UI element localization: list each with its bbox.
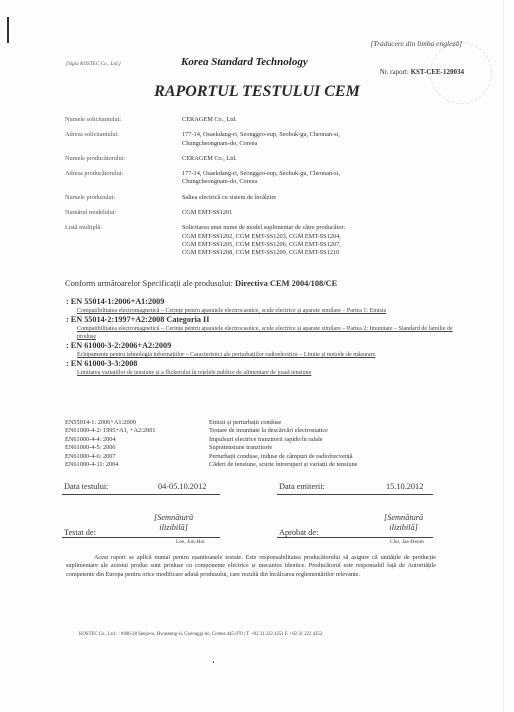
issue-date-label: Data emiterii: xyxy=(279,482,325,491)
tested-by-field: Testat de: [Semnătură ilizibilă] Lee, Ju… xyxy=(62,516,220,538)
issue-date-field: Data emiterii: 15.10.2012 xyxy=(277,482,433,495)
info-label: Numele produsului: xyxy=(65,194,182,202)
test-standard: EN55014-1: 2006+A1:2009 xyxy=(65,419,209,427)
info-value: Solicitarea unui nume de model supliment… xyxy=(182,224,345,257)
signature-line: [Semnătură xyxy=(384,513,423,523)
approved-by-label: Aprobat de: xyxy=(279,528,318,537)
approved-by-name: Cho, Jae-Beom xyxy=(390,539,424,545)
test-date-field: Data testului: 04-05.10.2012 xyxy=(62,482,220,495)
info-label: Adresa solicitantului: xyxy=(65,131,182,148)
info-row: Adresa producătorului:177-14, Osaekdang-… xyxy=(65,170,485,187)
standard-code: : EN 55014-2:1997+A2:2008 Categoria II xyxy=(66,315,486,325)
test-standard: EN61000-4-6: 2007 xyxy=(65,453,209,461)
test-row: EN61000-4-2: 1995+A1, +A2:2001Testare de… xyxy=(65,427,357,435)
test-date-value: 04-05.10.2012 xyxy=(158,482,206,491)
test-description: Impulsuri electrice tranzitorii rapide/î… xyxy=(209,436,323,444)
page-title: RAPORTUL TESTULUI CEM xyxy=(0,83,514,101)
test-description: Supratensiune tranzitorie xyxy=(209,444,272,452)
test-description: Perturbații conduse, induse de câmpuri d… xyxy=(209,453,353,461)
approved-by-field: Aprobat de: [Semnătură ilizibilă] Cho, J… xyxy=(277,516,433,538)
test-row: EN55014-1: 2006+A1:2009Emisii și perturb… xyxy=(65,419,357,427)
company-title: Korea Standard Technology xyxy=(181,56,308,68)
translation-note: [Traducere din limba engleză] xyxy=(370,39,462,48)
conformity-prefix: Conform următoarelor Specificații ale pr… xyxy=(65,279,235,288)
info-value: 177-14, Osaekdang-ri, Seonggeo-eup, Seob… xyxy=(182,131,340,148)
info-value: CERAGEM Co., Ltd. xyxy=(182,116,237,124)
disclaimer: Acest raport se aplică numai pentru eșan… xyxy=(66,554,436,579)
info-label: Numele producătorului: xyxy=(65,155,182,163)
test-standard: EN61000-4-5: 2006 xyxy=(65,444,209,452)
logo-note: [Sigla KOSTEC Co., Ltd.] xyxy=(66,61,121,67)
approved-signature: [Semnătură ilizibilă] xyxy=(384,513,423,532)
standard-description: Limitarea variațiilor de tensiune și a f… xyxy=(66,369,457,377)
signature-line: [Semnătură xyxy=(154,513,193,523)
standard-code: : EN 61000-3-2:2006+A2:2009 xyxy=(66,341,486,351)
document-page: [Traducere din limba engleză] [Sigla KOS… xyxy=(0,0,514,712)
info-value: CERAGEM Co., Ltd. xyxy=(182,155,237,163)
test-date-label: Data testului: xyxy=(64,482,108,491)
report-number-value: KST-CEE-120034 xyxy=(411,68,464,76)
test-row: EN61000-4-4: 2004Impulsuri electrice tra… xyxy=(65,436,357,444)
directive: Directiva CEM 2004/108/CE xyxy=(235,279,337,288)
info-label: Numărul modelului: xyxy=(65,209,182,217)
report-number: Nr. raport: KST-CEE-120034 xyxy=(380,68,464,76)
test-row: EN61000-4-5: 2006Supratensiune tranzitor… xyxy=(65,444,357,452)
test-standard: EN61000-4-4: 2004 xyxy=(65,436,209,444)
footer-contact: KOSTEC Co., Ltd.: : #406-28 Senja-ro, Hw… xyxy=(79,632,322,637)
info-row: Numărul modelului:CGM EMT-SS1201 xyxy=(65,209,485,217)
test-description: Căderi de tensiune, scurte întreruperi ș… xyxy=(209,461,357,469)
standard-description: Compatibilitatea electromagnetică – Ceri… xyxy=(66,307,457,315)
scan-speck xyxy=(213,661,214,663)
tested-signature: [Semnătură ilizibilă] xyxy=(154,513,193,532)
info-label: Listă multiplă: xyxy=(65,224,182,257)
info-row: Adresa solicitantului:177-14, Osaekdang-… xyxy=(65,131,485,148)
info-value: Saltea electrică cu sistem de încălzire xyxy=(182,194,276,202)
page-edge xyxy=(503,0,504,712)
info-value: CGM EMT-SS1201 xyxy=(182,209,232,217)
info-row: Numele produsului:Saltea electrică cu si… xyxy=(65,194,485,202)
test-description: Testare de imunitate la descărcări elect… xyxy=(209,427,328,435)
info-label: Adresa producătorului: xyxy=(65,170,182,187)
standards-list: : EN 55014-1:2006+A1:2009Compatibilitate… xyxy=(66,297,486,377)
test-standard: EN61000-4-2: 1995+A1, +A2:2001 xyxy=(65,427,209,435)
info-value: 177-14, Osaekdang-ri, Seonggeo-eup, Seob… xyxy=(182,170,340,187)
info-row: Numele producătorului:CERAGEM Co., Ltd. xyxy=(65,155,485,163)
conformity-statement: Conform următoarelor Specificații ale pr… xyxy=(65,279,337,288)
test-description: Emisii și perturbații conduse xyxy=(209,419,281,427)
standard-description: Compatibilitatea electromagnetică – Ceri… xyxy=(66,325,457,341)
standard-code: : EN 61000-3-3:2008 xyxy=(66,359,486,369)
margin-mark xyxy=(7,17,9,43)
signature-line: ilizibilă] xyxy=(384,523,423,533)
info-row: Numele solicitantului:CERAGEM Co., Ltd. xyxy=(65,116,485,124)
tests-list: EN55014-1: 2006+A1:2009Emisii și perturb… xyxy=(65,419,357,469)
test-row: EN61000-4-11: 2004Căderi de tensiune, sc… xyxy=(65,461,357,469)
tested-by-label: Testat de: xyxy=(64,528,96,537)
test-row: EN61000-4-6: 2007Perturbații conduse, in… xyxy=(65,453,357,461)
issue-date-value: 15.10.2012 xyxy=(386,482,423,491)
test-standard: EN61000-4-11: 2004 xyxy=(65,461,209,469)
report-number-label: Nr. raport: xyxy=(380,68,409,76)
tested-by-name: Lee, Jun-Hui xyxy=(176,539,205,545)
standard-code: : EN 55014-1:2006+A1:2009 xyxy=(66,297,486,307)
standard-description: Echipamente pentru tehnologia informații… xyxy=(66,351,457,359)
applicant-info: Numele solicitantului:CERAGEM Co., Ltd.A… xyxy=(65,116,485,265)
signature-line: ilizibilă] xyxy=(154,523,193,533)
info-label: Numele solicitantului: xyxy=(65,116,182,124)
info-row: Listă multiplă:Solicitarea unui nume de … xyxy=(65,224,485,257)
